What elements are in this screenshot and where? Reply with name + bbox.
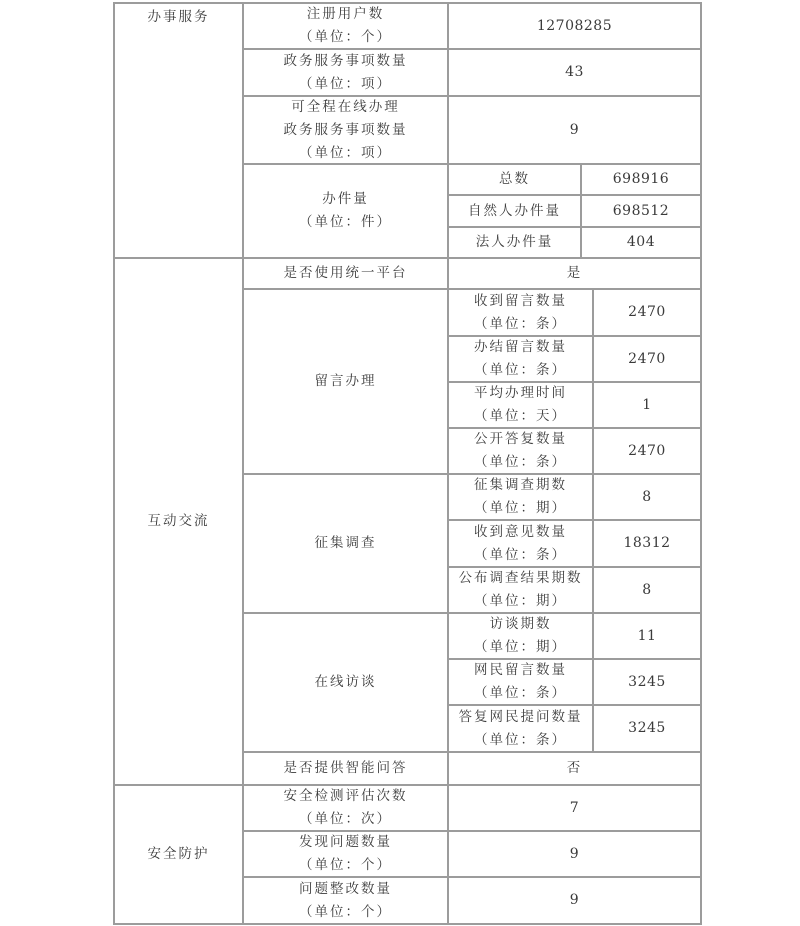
online-items-label: 可全程在线办理 政务服务事项数量 （单位：项） (243, 96, 448, 164)
opinions-received-label: 收到意见数量 （单位：条） (448, 520, 593, 567)
interviews-label: 在线访谈 (243, 613, 448, 752)
issues-fixed-label: 问题整改数量 （单位：个） (243, 877, 448, 924)
netizen-replies-label: 答复网民提问数量 （单位：条） (448, 705, 593, 752)
survey-periods-value: 8 (593, 474, 701, 520)
section-label-text: 办事服务 (148, 6, 210, 29)
opinions-received-value: 18312 (593, 520, 701, 567)
surveys-label: 征集调查 (243, 474, 448, 613)
interview-periods-label: 访谈期数 （单位：期） (448, 613, 593, 659)
cases-total-value: 698916 (581, 164, 701, 195)
netizen-replies-value: 3245 (593, 705, 701, 752)
messages-closed-value: 2470 (593, 336, 701, 382)
avg-handling-time-label: 平均办理时间 （单位：天） (448, 382, 593, 428)
security-assessments-label: 安全检测评估次数 （单位：次） (243, 785, 448, 831)
public-replies-label: 公开答复数量 （单位：条） (448, 428, 593, 474)
unified-platform-value: 是 (448, 258, 701, 289)
messages-closed-label: 办结留言数量 （单位：条） (448, 336, 593, 382)
netizen-messages-value: 3245 (593, 659, 701, 705)
public-replies-value: 2470 (593, 428, 701, 474)
published-results-label: 公布调查结果期数 （单位：期） (448, 567, 593, 613)
smart-qa-label: 是否提供智能问答 (243, 752, 448, 785)
messages-label: 留言办理 (243, 289, 448, 474)
interview-periods-value: 11 (593, 613, 701, 659)
netizen-messages-label: 网民留言数量 （单位：条） (448, 659, 593, 705)
section-label-security: 安全防护 (114, 785, 243, 924)
survey-periods-label: 征集调查期数 （单位：期） (448, 474, 593, 520)
registered-users-value: 12708285 (448, 3, 701, 49)
security-assessments-value: 7 (448, 785, 701, 831)
messages-received-value: 2470 (593, 289, 701, 336)
issues-found-label: 发现问题数量 （单位：个） (243, 831, 448, 877)
section-label-service: 办事服务 (114, 2, 243, 32)
cases-total-label: 总数 (448, 164, 581, 195)
cases-natural-person-label: 自然人办件量 (448, 195, 581, 227)
cases-natural-person-value: 698512 (581, 195, 701, 227)
registered-users-label: 注册用户数 （单位：个） (243, 3, 448, 49)
avg-handling-time-value: 1 (593, 382, 701, 428)
published-results-value: 8 (593, 567, 701, 613)
online-items-value: 9 (448, 96, 701, 164)
messages-received-label: 收到留言数量 （单位：条） (448, 289, 593, 336)
smart-qa-value: 否 (448, 752, 701, 785)
service-items-label: 政务服务事项数量 （单位：项） (243, 49, 448, 96)
issues-found-value: 9 (448, 831, 701, 877)
issues-fixed-value: 9 (448, 877, 701, 924)
cases-label: 办件量 （单位：件） (243, 164, 448, 258)
cases-legal-person-value: 404 (581, 227, 701, 258)
unified-platform-label: 是否使用统一平台 (243, 258, 448, 289)
section-label-interaction: 互动交流 (114, 258, 243, 785)
cases-legal-person-label: 法人办件量 (448, 227, 581, 258)
service-items-value: 43 (448, 49, 701, 96)
